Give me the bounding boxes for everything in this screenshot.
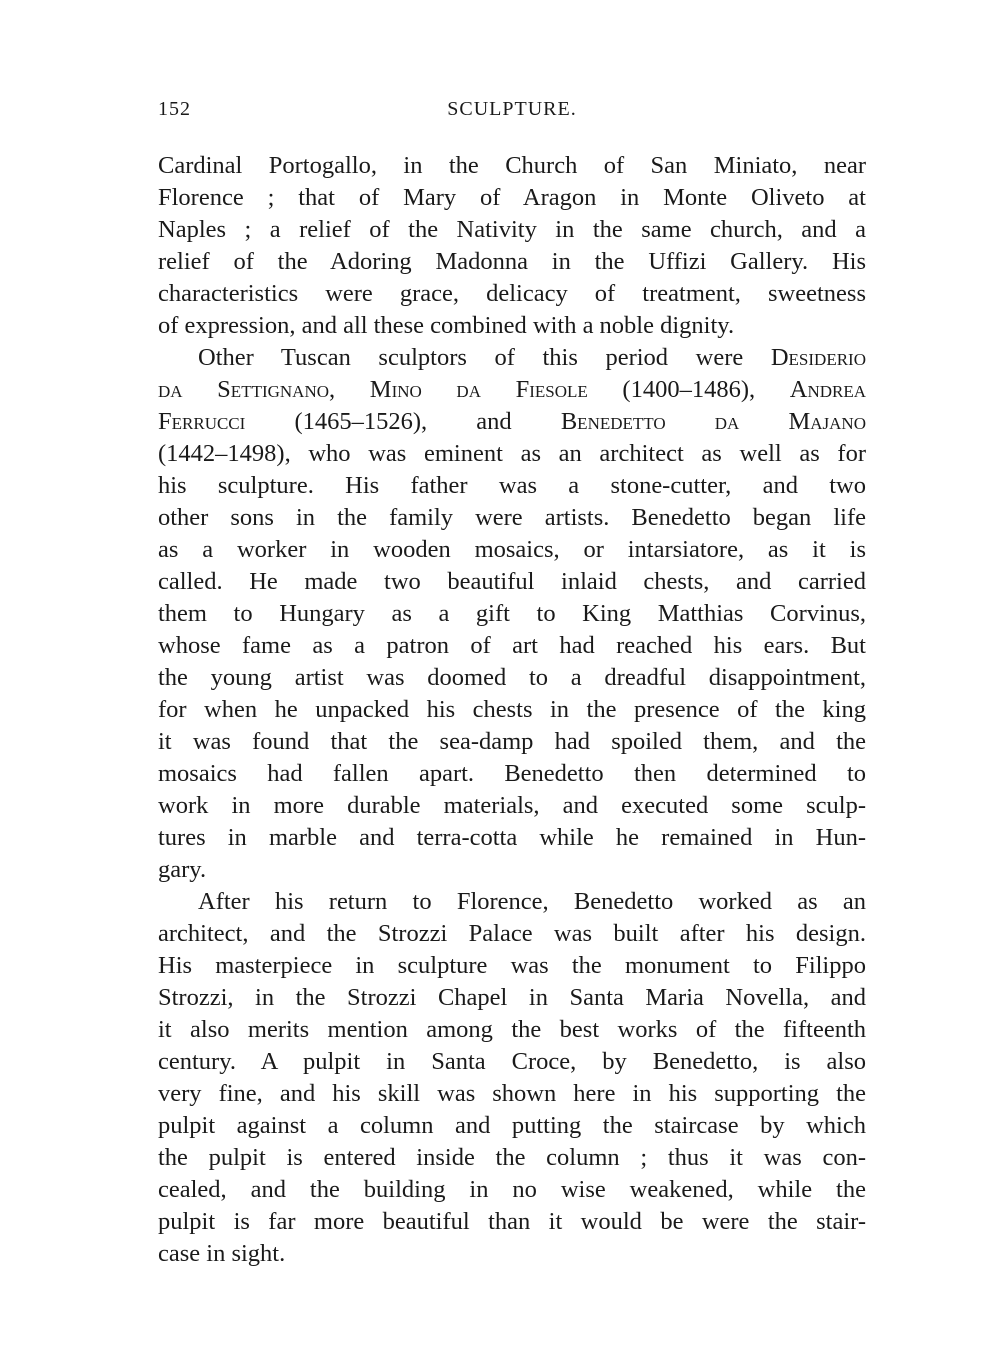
text-line: Ferrucci (1465–1526), and Benedetto da M… [158,406,866,438]
text-line: the young artist was doomed to a dreadfu… [158,662,866,694]
text-line: Strozzi, in the Strozzi Chapel in Santa … [158,982,866,1014]
text-line: them to Hungary as a gift to King Matthi… [158,598,866,630]
text-line: (1442–1498), who was eminent as an archi… [158,438,866,470]
text-line: gary. [158,854,866,886]
text-line: characteristics were grace, delicacy of … [158,278,866,310]
text-line: century. A pulpit in Santa Croce, by Ben… [158,1046,866,1078]
text-line: Naples ; a relief of the Nativity in the… [158,214,866,246]
paragraph-1: Cardinal Portogallo, in the Church of Sa… [158,150,866,342]
text-line: work in more durable materials, and exec… [158,790,866,822]
running-head: 152 SCULPTURE. [158,98,866,128]
text-line: it was found that the sea-damp had spoil… [158,726,866,758]
text-line: the pulpit is entered inside the column … [158,1142,866,1174]
text-line: of expression, and all these combined wi… [158,310,866,342]
text-line: architect, and the Strozzi Palace was bu… [158,918,866,950]
text-line: His masterpiece in sculpture was the mon… [158,950,866,982]
paragraph-3: After his return to Florence, Benedetto … [158,886,866,1270]
running-title: SCULPTURE. [158,98,866,121]
text-line: other sons in the family were artists. B… [158,502,866,534]
text-line: pulpit against a column and putting the … [158,1110,866,1142]
book-page: 152 SCULPTURE. Cardinal Portogallo, in t… [158,98,866,128]
text-line: da Settignano, Mino da Fiesole (1400–148… [158,374,866,406]
text-line: Other Tuscan sculptors of this period we… [158,342,866,374]
text-line: Florence ; that of Mary of Aragon in Mon… [158,182,866,214]
text-line: cealed, and the building in no wise weak… [158,1174,866,1206]
paragraph-2: Other Tuscan sculptors of this period we… [158,342,866,886]
text-line: very fine, and his skill was shown here … [158,1078,866,1110]
text-line: whose fame as a patron of art had reache… [158,630,866,662]
text-line: his sculpture. His father was a stone-cu… [158,470,866,502]
text-line: mosaics had fallen apart. Benedetto then… [158,758,866,790]
text-line: Cardinal Portogallo, in the Church of Sa… [158,150,866,182]
text-line: it also merits mention among the best wo… [158,1014,866,1046]
text-line: tures in marble and terra-cotta while he… [158,822,866,854]
text-line: as a worker in wooden mosaics, or intars… [158,534,866,566]
text-line: case in sight. [158,1238,866,1270]
body-text: Cardinal Portogallo, in the Church of Sa… [158,150,866,1270]
text-line: relief of the Adoring Madonna in the Uff… [158,246,866,278]
text-line: pulpit is far more beautiful than it wou… [158,1206,866,1238]
text-line: called. He made two beautiful inlaid che… [158,566,866,598]
text-line: for when he unpacked his chests in the p… [158,694,866,726]
text-line: After his return to Florence, Benedetto … [158,886,866,918]
